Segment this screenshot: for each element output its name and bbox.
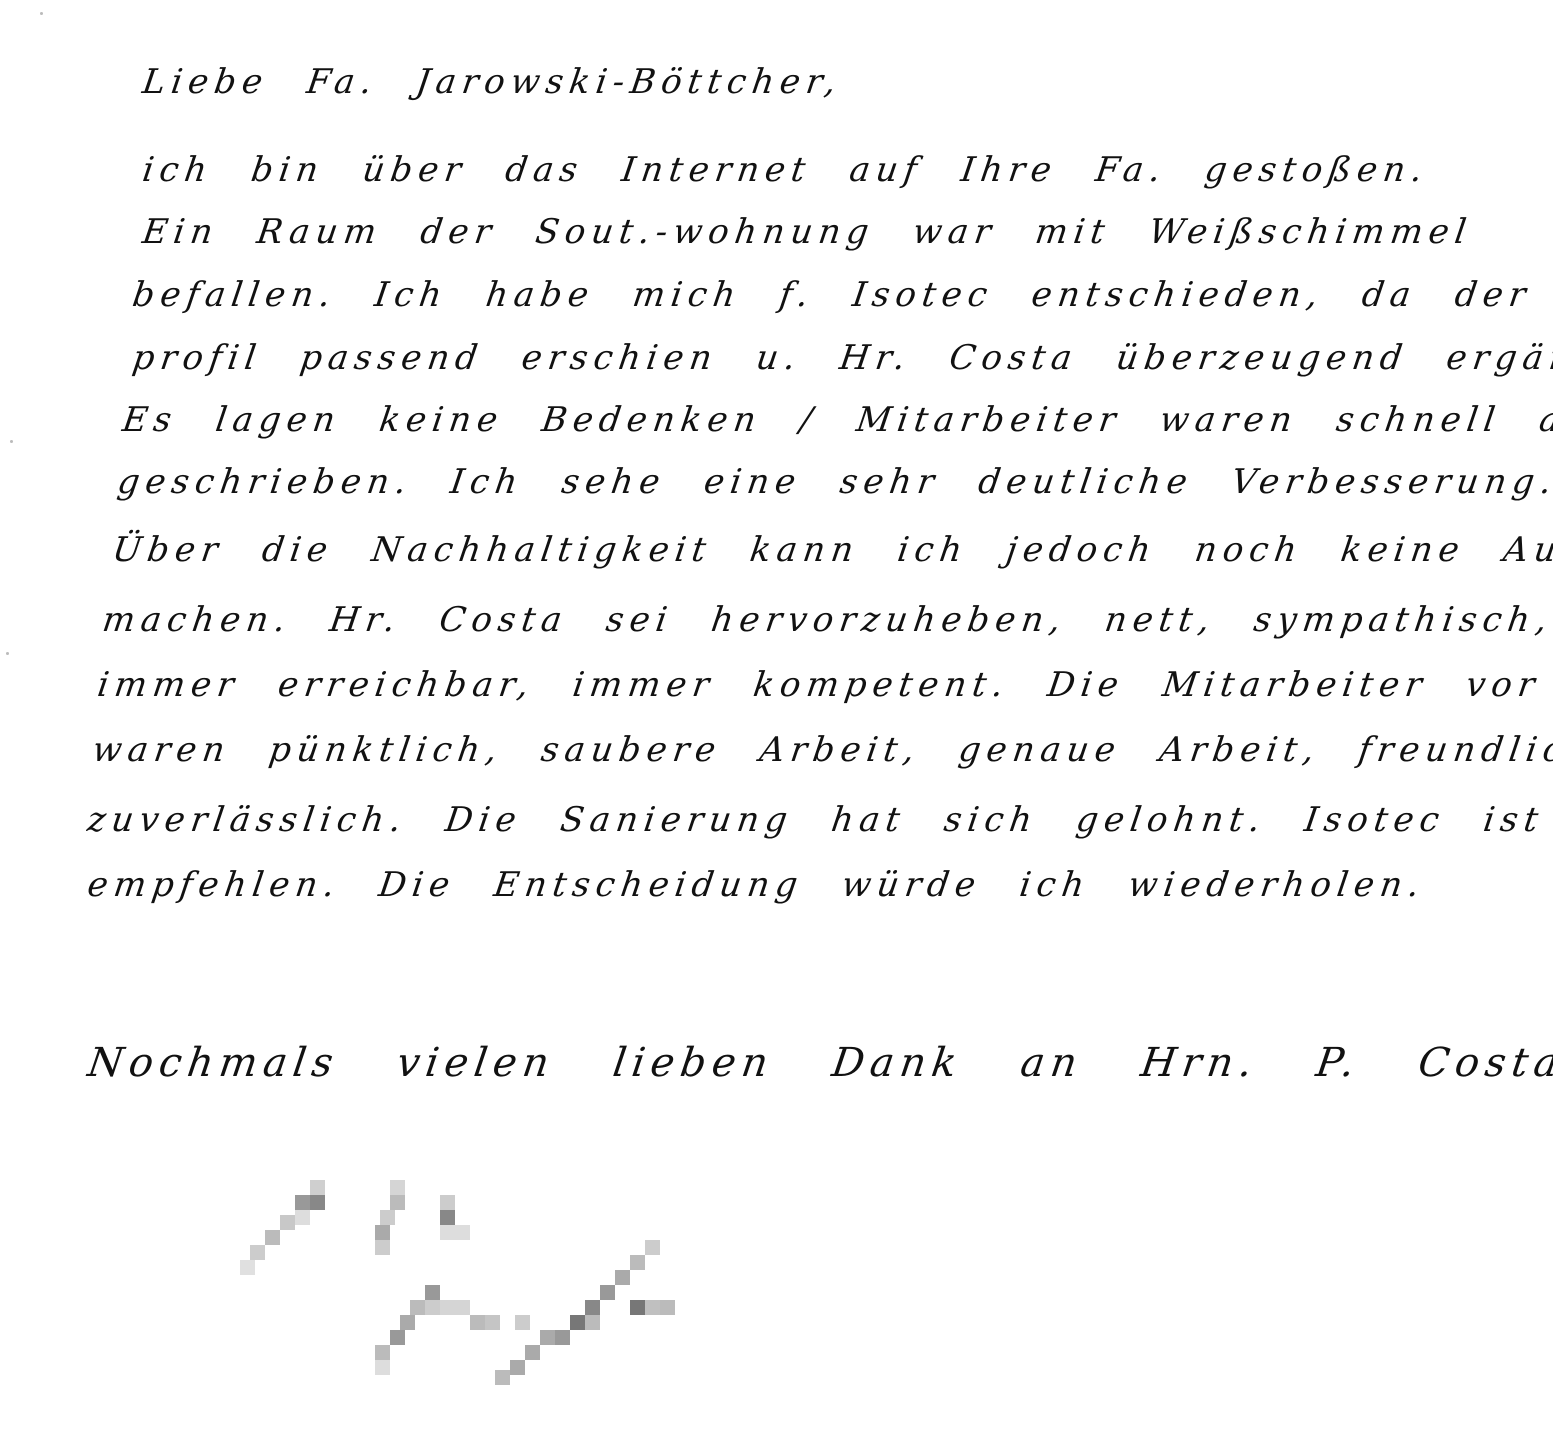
signature-pixelated bbox=[240, 1160, 690, 1410]
letter-body-line: Ein Raum der Sout.-wohnung war mit Weißs… bbox=[140, 212, 1475, 252]
scan-speck bbox=[10, 440, 13, 443]
letter-body-line: immer erreichbar, immer kompetent. Die M… bbox=[95, 665, 1553, 705]
letter-page: Liebe Fa. Jarowski-Böttcher, ich bin übe… bbox=[0, 0, 1553, 1433]
letter-body-line: Über die Nachhaltigkeit kann ich jedoch … bbox=[110, 530, 1553, 570]
letter-salutation: Liebe Fa. Jarowski-Böttcher, bbox=[140, 62, 844, 102]
letter-body-line: machen. Hr. Costa sei hervorzuheben, net… bbox=[100, 600, 1553, 640]
letter-body-line: zuverlässlich. Die Sanierung hat sich ge… bbox=[85, 800, 1553, 840]
letter-body-line: ich bin über das Internet auf Ihre Fa. g… bbox=[140, 150, 1431, 190]
scan-speck bbox=[6, 652, 9, 655]
letter-body-line: profil passend erschien u. Hr. Costa übe… bbox=[130, 338, 1553, 378]
letter-body-line: befallen. Ich habe mich f. Isotec entsch… bbox=[130, 275, 1553, 315]
letter-body-line: Es lagen keine Bedenken / Mitarbeiter wa… bbox=[120, 400, 1553, 440]
scan-speck bbox=[40, 12, 43, 15]
letter-body-line: waren pünktlich, saubere Arbeit, genaue … bbox=[90, 730, 1553, 770]
letter-closing: Nochmals vielen lieben Dank an Hrn. P. C… bbox=[85, 1040, 1553, 1086]
letter-body-line: empfehlen. Die Entscheidung würde ich wi… bbox=[85, 865, 1428, 905]
letter-body-line: geschrieben. Ich sehe eine sehr deutlich… bbox=[115, 462, 1553, 502]
